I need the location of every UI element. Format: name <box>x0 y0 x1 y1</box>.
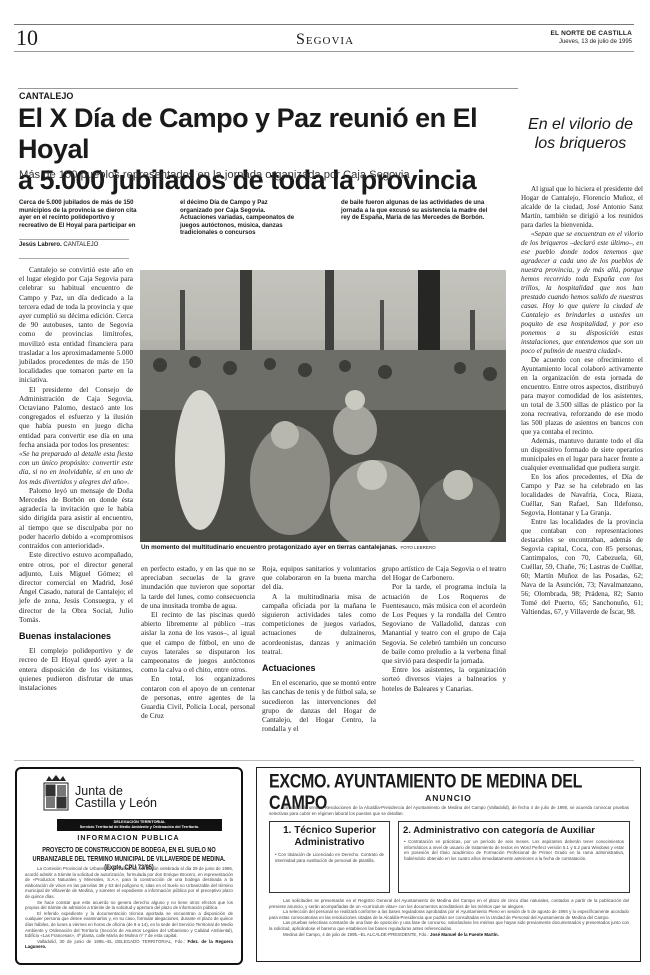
medina-paragraph: Las solicitudes se presentarán en el Reg… <box>269 898 629 909</box>
ad-medina-subtitle: ANUNCIO <box>257 793 640 803</box>
article-top-rule <box>18 88 518 89</box>
paragraph: en perfecto estado, y en las que no se a… <box>141 564 255 610</box>
paragraph: Entre los asistentes, la organización so… <box>382 665 506 693</box>
ad-junta-castilla-leon: Junta de Castilla y León DELEGACIÓN TERR… <box>15 767 243 965</box>
paragraph: El presidente del Consejo de Administrac… <box>19 385 133 449</box>
sidebar-paragraph: Al igual que lo hiciera el presidente de… <box>521 185 643 230</box>
subheadline: Más de 150 pueblos representados en la j… <box>19 169 410 181</box>
photo-caption: Un momento del multitudinario encuentro … <box>141 544 511 551</box>
ad-medina-intro: En virtud de sendas Resoluciones de la A… <box>269 805 629 816</box>
lead-col-2: el décimo Día de Campo y Paz organizado … <box>180 199 298 237</box>
info-heading: INFORMACION PUBLICA <box>17 835 240 842</box>
sidebar-paragraph: De acuerdo con ese ofrecimiento el Ayunt… <box>521 356 643 437</box>
sidebar-title: En el vilorio de los briqueros <box>518 115 643 153</box>
job-1-box: 1. Técnico Superior Administrativo • Con… <box>269 821 390 893</box>
header-bottom-rule <box>14 51 634 52</box>
junta-body: La Comisión Provincial de Urbanismo de V… <box>25 866 233 950</box>
brand-line-2: Castilla y León <box>75 797 157 809</box>
header-top-rule <box>14 24 634 25</box>
lead-col-3: de baile fueron algunas de las actividad… <box>341 199 496 222</box>
paragraph: En total, los organizadores contaron con… <box>141 674 255 720</box>
paragraph: A la multitudinaria misa de campaña ofic… <box>262 592 376 656</box>
subtitle-buenas-instalaciones: Buenas instalaciones <box>19 632 133 641</box>
byline-rule-top <box>19 239 129 240</box>
sidebar-paragraph: «Sepan que se encuentran en el vilorio d… <box>521 230 643 356</box>
junta-paragraph: El referido expediente y la documentació… <box>25 911 233 939</box>
byline-place: CANTALEJO <box>63 242 98 248</box>
body-column-1: Cantalejo se convirtió este año en el lu… <box>19 265 133 692</box>
headline-line-1: El X Día de Campo y Paz reunió en El Hoy… <box>18 103 518 165</box>
paragraph: «Se ha preparado al detalle esta fiesta … <box>19 449 133 486</box>
junta-signature: Valladolid, 30 de junio de 1995.–EL DELE… <box>37 939 185 944</box>
job-1-title: 1. Técnico Superior Administrativo <box>270 822 389 849</box>
delegation-band: DELEGACIÓN TERRITORIAL Servicio Territor… <box>57 819 222 831</box>
headline: El X Día de Campo y Paz reunió en El Hoy… <box>18 103 518 196</box>
coat-of-arms-icon <box>43 775 69 816</box>
sidebar-paragraph: Entre las localidades de la provincia qu… <box>521 518 643 617</box>
medina-paragraph: Las pruebas selectivas constarán de una … <box>269 920 629 931</box>
job-2-box: 2. Administrativo con categoría de Auxil… <box>398 821 630 893</box>
junta-paragraph: La Comisión Provincial de Urbanismo de V… <box>25 866 233 900</box>
paragraph: grupo artístico de Caja Segovia o el tea… <box>382 564 506 582</box>
junta-paragraph: Se hace constar que este acuerdo no gene… <box>25 900 233 911</box>
byline-rule-bottom <box>19 258 129 259</box>
body-column-3: Roja, equipos sanitarios y voluntarios q… <box>262 564 376 733</box>
caption-text: Un momento del multitudinario encuentro … <box>141 544 397 551</box>
byline-author: Jesús Labrero. <box>19 242 62 248</box>
body-column-4: grupo artístico de Caja Segovia o el tea… <box>382 564 506 693</box>
band-line-2: Servicio Territorial de Medio Ambiente y… <box>57 825 222 830</box>
photo-credit: FOTO LEBRERO <box>400 545 435 550</box>
ad-medina-body: Las solicitudes se presentarán en el Reg… <box>269 898 629 937</box>
paragraph: El complejo polideportivo y de recreo de… <box>19 646 133 692</box>
masthead: EL NORTE DE CASTILLA Jueves, 13 de julio… <box>550 30 632 46</box>
medina-signature: Medina del Campo, 4 de julio de 1995.–EL… <box>283 932 429 937</box>
newspaper-name: EL NORTE DE CASTILLA <box>550 30 632 37</box>
junta-brand: Junta de Castilla y León <box>75 785 157 809</box>
job-1-text: • Con titulación de Licenciado en Derech… <box>270 849 389 866</box>
paragraph: El recinto de las piscinas quedó abierto… <box>141 610 255 674</box>
job-2-text: • Contratación en prácticas, por un perí… <box>399 837 629 863</box>
article-photo <box>140 270 506 542</box>
crowd-photo-illustration <box>140 270 506 542</box>
body-column-2: en perfecto estado, y en las que no se a… <box>141 564 255 720</box>
paragraph: Por la tarde, el programa incluía la act… <box>382 582 506 665</box>
paragraph: Cantalejo se convirtió este año en el lu… <box>19 265 133 385</box>
lead-col-1: Cerca de 5.000 jubilados de más de 150 m… <box>19 199 137 229</box>
medina-paragraph: La selección del personal se realizará c… <box>269 909 629 920</box>
ad-ayuntamiento-medina: EXCMO. AYUNTAMIENTO DE MEDINA DEL CAMPO … <box>256 767 641 962</box>
paragraph: En el escenario, que se montó entre las … <box>262 678 376 733</box>
kicker: CANTALEJO <box>19 91 73 101</box>
medina-signer: José Manuel de la Fuente Martín. <box>430 932 499 937</box>
sidebar-paragraph: Además, mantuvo durante todo el día un d… <box>521 437 643 473</box>
ads-separator-rule <box>14 760 634 761</box>
paragraph: Este directivo estuvo acompañado, entre … <box>19 550 133 624</box>
paragraph: Roja, equipos sanitarios y voluntarios q… <box>262 564 376 592</box>
subtitle-actuaciones: Actuaciones <box>262 664 376 673</box>
paragraph: Palomo leyó un mensaje de Doña Mercedes … <box>19 486 133 550</box>
job-2-title: 2. Administrativo con categoría de Auxil… <box>399 822 629 837</box>
sidebar-body: Al igual que lo hiciera el presidente de… <box>521 185 643 617</box>
byline: Jesús Labrero. CANTALEJO <box>19 242 129 248</box>
issue-date: Jueves, 13 de julio de 1995 <box>559 39 632 45</box>
sidebar-paragraph: En los años precedentes, el Día de Campo… <box>521 473 643 518</box>
